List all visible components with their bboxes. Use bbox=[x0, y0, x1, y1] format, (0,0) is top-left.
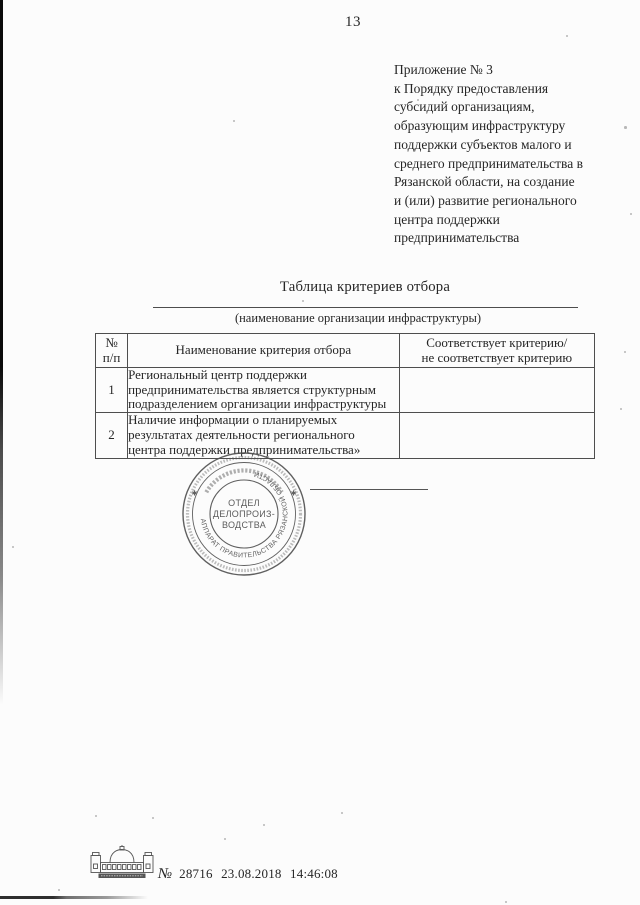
page-number: 13 bbox=[336, 14, 370, 31]
appendix-line: предпринимательства bbox=[394, 229, 630, 248]
scan-edge-artifact-bottom bbox=[0, 896, 148, 899]
registration-value: 28716 23.08.2018 14:46:08 bbox=[179, 866, 338, 881]
signature-line bbox=[310, 489, 428, 490]
scan-edge-artifact-left bbox=[0, 0, 3, 705]
government-building-emblem-icon bbox=[89, 845, 155, 883]
organization-name-caption: (наименование организации инфраструктуры… bbox=[123, 311, 593, 326]
appendix-line: Приложение № 3 bbox=[394, 61, 630, 80]
result-cell bbox=[399, 412, 594, 458]
row-number-cell: 2 bbox=[96, 412, 128, 458]
table-title: Таблица критериев отбора bbox=[130, 279, 600, 296]
result-cell bbox=[399, 368, 594, 413]
table-row: 2 Наличие информации о планируемых резул… bbox=[96, 412, 595, 458]
appendix-line: и (или) развитие регионального bbox=[394, 192, 630, 211]
appendix-line: субсидий организациям, bbox=[394, 98, 630, 117]
header-cell-number: № п/п bbox=[96, 334, 128, 368]
appendix-line: среднего предпринимательства в bbox=[394, 155, 630, 174]
stamp-star-left-icon: ✱ bbox=[192, 490, 198, 498]
appendix-line: поддержки субъектов малого и bbox=[394, 136, 630, 155]
header-cell-criterion: Наименование критерия отбора bbox=[128, 334, 400, 368]
round-office-stamp: АППАРАТ ПРАВИТЕЛЬСТВА РЯЗАНСКОЙ ОБЛАСТИ … bbox=[180, 450, 308, 578]
appendix-line: Рязанской области, на создание bbox=[394, 173, 630, 192]
table-row: 1 Региональный центр поддержки предприни… bbox=[96, 368, 595, 413]
table-header-row: № п/п Наименование критерия отбора Соотв… bbox=[96, 334, 595, 368]
stamp-star-right-icon: ✱ bbox=[291, 490, 297, 498]
stamp-center-line: ОТДЕЛ bbox=[228, 498, 260, 508]
row-number-cell: 1 bbox=[96, 368, 128, 413]
registration-line: №28716 23.08.2018 14:46:08 bbox=[158, 866, 338, 883]
criteria-table: № п/п Наименование критерия отбора Соотв… bbox=[95, 333, 595, 459]
organization-name-blank-line bbox=[153, 307, 578, 308]
scanned-document-page: 13 Приложение № 3 к Порядку предоставлен… bbox=[0, 0, 640, 905]
stamp-center-line: ВОДСТВА bbox=[222, 520, 266, 530]
appendix-line: образующим инфраструктуру bbox=[394, 117, 630, 136]
appendix-line: центра поддержки bbox=[394, 211, 630, 230]
appendix-line: к Порядку предоставления bbox=[394, 80, 630, 99]
stamp-center-line: ДЕЛОПРОИЗ- bbox=[213, 509, 275, 519]
number-sign: № bbox=[158, 866, 172, 882]
criterion-cell: Региональный центр поддержки предпринима… bbox=[128, 368, 400, 413]
header-cell-result: Соответствует критерию/ не соответствует… bbox=[399, 334, 594, 368]
appendix-reference-block: Приложение № 3 к Порядку предоставления … bbox=[394, 61, 630, 248]
